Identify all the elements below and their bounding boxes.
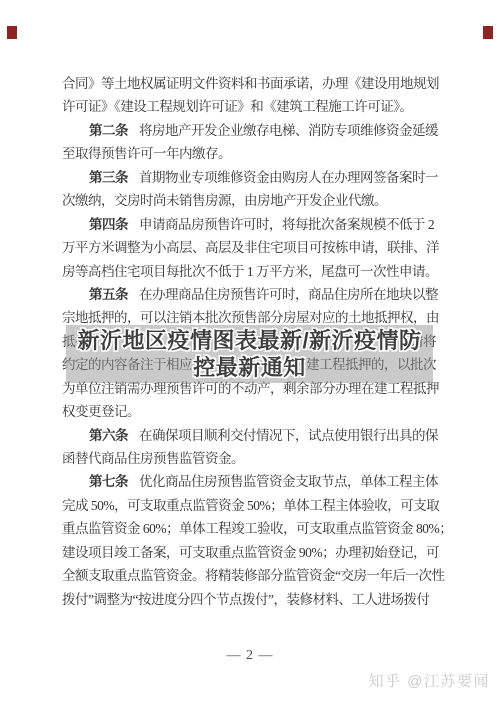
article-number: 第七条 xyxy=(89,474,128,489)
line-text: 申请商品房预售许可时，将每批次备案规模不低于 2 xyxy=(139,217,434,232)
article-number: 第三条 xyxy=(89,170,128,185)
document-line: 至取得预售许可一年内缴存。 xyxy=(62,142,438,165)
document-line: 第六条在确保项目顺利交付情况下，试点使用银行出具的保 xyxy=(62,424,438,447)
document-line: 完成 50%，可支取重点监管资金 50%；单体工程主体验收，可支取 xyxy=(62,494,438,517)
line-text: 在确保项目顺利交付情况下，试点使用银行出具的保 xyxy=(139,428,438,443)
document-line: 第五条在办理商品住房预售许可时，商品住房所在地块以整 xyxy=(62,283,438,306)
document-line: 重点监管资金 60%；单体工程竣工验收，可支取重点监管资金 80%； xyxy=(62,517,438,540)
line-text: 房等高档住宅项目每批次不低于 1 万平方米，尾盘可一次性申请。 xyxy=(62,264,438,279)
document-line: 建设项目竣工备案，可支取重点监管资金 90%；办理初始登记，可 xyxy=(62,541,438,564)
document-line: 拨付”调整为“按进度分四个节点拨付”，装修材料、工人进场拨付 xyxy=(62,588,438,611)
line-text: 将房地产开发企业缴存电梯、消防专项维修资金延缓 xyxy=(139,123,438,138)
watermark: 知乎 @江苏要闻 xyxy=(369,670,490,691)
line-text: 至取得预售许可一年内缴存。 xyxy=(62,146,231,161)
line-text: 许可证》《建设工程规划许可证》和《建筑工程施工许可证》。 xyxy=(62,99,413,114)
red-corner-mark-left xyxy=(7,26,17,39)
document-page: 合同》等土地权属证明文件资料和书面承诺，办理《建设用地规划许可证》《建设工程规划… xyxy=(0,0,500,706)
article-number: 第二条 xyxy=(89,123,128,138)
document-line: 许可证》《建设工程规划许可证》和《建筑工程施工许可证》。 xyxy=(62,95,438,118)
document-line: 第二条将房地产开发企业缴存电梯、消防专项维修资金延缓 xyxy=(62,119,438,142)
line-text: 在办理商品住房预售许可时，商品住房所在地块以整 xyxy=(139,287,438,302)
line-text: 优化商品住房预售监管资金支取节点，单体工程主体 xyxy=(139,474,438,489)
line-text: 重点监管资金 60%；单体工程竣工验收，可支取重点监管资金 80%； xyxy=(62,521,452,536)
line-text: 权变更登记。 xyxy=(62,404,140,419)
line-text: 拨付”调整为“按进度分四个节点拨付”，装修材料、工人进场拨付 xyxy=(62,592,429,607)
document-line: 万平方米调整为小高层、高层及非住宅项目可按栋申请，联排、洋 xyxy=(62,236,438,259)
document-line: 全额支取重点监管资金。将精装修部分监管资金“交房一年后一次性 xyxy=(62,564,438,587)
page-number: — 2 — xyxy=(0,648,500,664)
document-line: 权变更登记。 xyxy=(62,400,438,423)
document-line: 合同》等土地权属证明文件资料和书面承诺，办理《建设用地规划 xyxy=(62,72,438,95)
headline-overlay: 新沂地区疫情图表最新/新沂疫情防 控最新通知 xyxy=(66,325,433,383)
line-text: 万平方米调整为小高层、高层及非住宅项目可按栋申请，联排、洋 xyxy=(62,240,439,255)
headline-line-1: 新沂地区疫情图表最新/新沂疫情防 xyxy=(66,327,433,354)
line-text: 全额支取重点监管资金。将精装修部分监管资金“交房一年后一次性 xyxy=(62,568,445,583)
line-text: 建设项目竣工备案，可支取重点监管资金 90%；办理初始登记，可 xyxy=(62,545,439,560)
document-line: 房等高档住宅项目每批次不低于 1 万平方米，尾盘可一次性申请。 xyxy=(62,260,438,283)
line-text: 合同》等土地权属证明文件资料和书面承诺，办理《建设用地规划 xyxy=(62,76,439,91)
document-line: 次缴纳，交房时尚未销售房源，由房地产开发企业代缴。 xyxy=(62,189,438,212)
article-number: 第六条 xyxy=(89,428,128,443)
line-text: 次缴纳，交房时尚未销售房源，由房地产开发企业代缴。 xyxy=(62,193,387,208)
line-text: 完成 50%，可支取重点监管资金 50%；单体工程主体验收，可支取 xyxy=(62,498,439,513)
headline-line-2: 控最新通知 xyxy=(66,354,433,381)
line-text: 宗地抵押的，可以注销本批次预售部分房屋对应的土地抵押权，由 xyxy=(62,310,439,325)
line-text: 函替代商品住房预售监管资金。 xyxy=(62,451,244,466)
line-text: 首期物业专项维修资金由购房人在办理网签备案时一 xyxy=(139,170,438,185)
article-number: 第五条 xyxy=(89,287,128,302)
article-number: 第四条 xyxy=(89,217,128,232)
red-corner-mark-right xyxy=(483,26,493,39)
document-line: 第四条申请商品房预售许可时，将每批次备案规模不低于 2 xyxy=(62,213,438,236)
document-line: 函替代商品住房预售监管资金。 xyxy=(62,447,438,470)
document-line: 第七条优化商品住房预售监管资金支取节点，单体工程主体 xyxy=(62,470,438,493)
document-line: 第三条首期物业专项维修资金由购房人在办理网签备案时一 xyxy=(62,166,438,189)
